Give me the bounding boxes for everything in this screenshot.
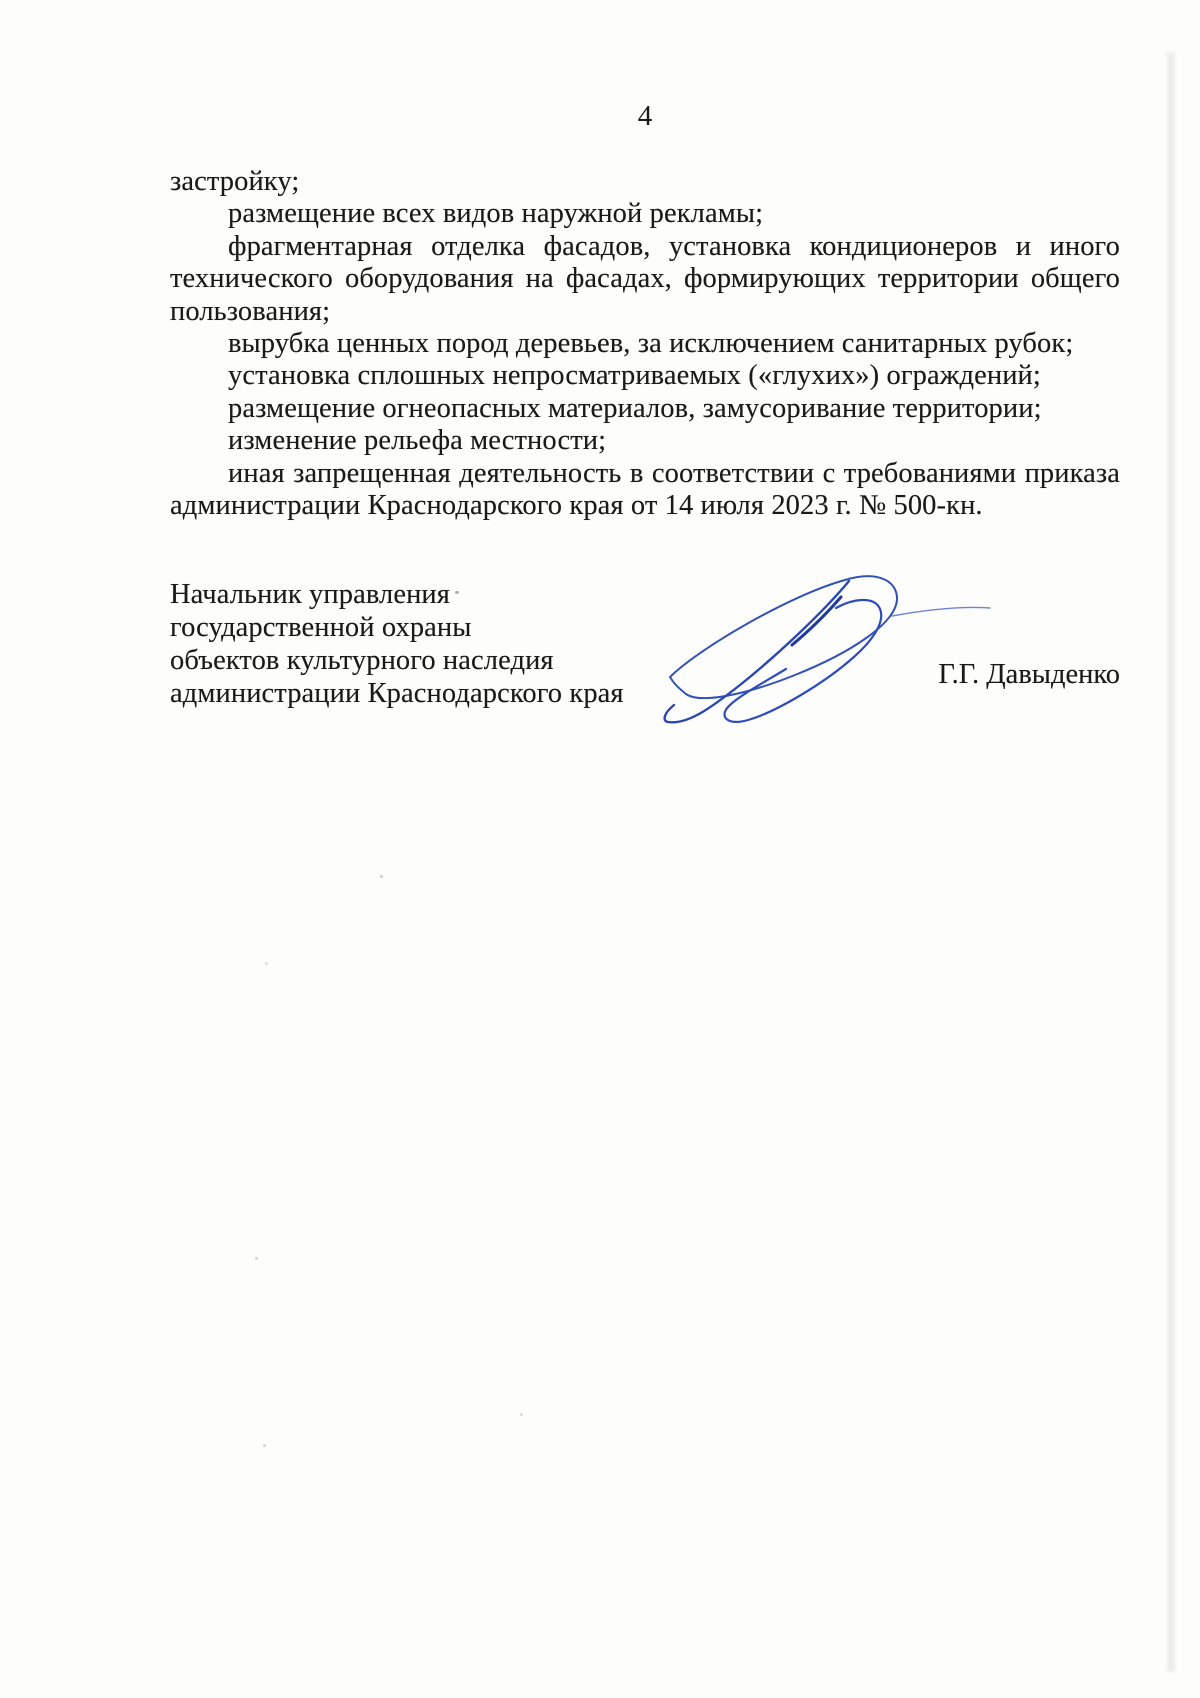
scan-speck [263,1444,266,1447]
signature-ink [640,550,1020,760]
body-line: администрации Краснодарского края от 14 … [170,490,1120,522]
scan-speck [455,591,459,594]
scan-edge-artifact [1167,52,1175,1672]
signee-name: Г.Г. Давыденко [170,659,1120,691]
signoff-title-line: Начальник управления [170,578,624,611]
body-line: пользования; [170,296,1120,328]
body-line: размещение всех видов наружной рекламы; [170,198,1120,230]
scan-speck [380,875,383,878]
page-number: 4 [170,100,1120,133]
body-text: застройку; размещение всех видов наружно… [170,166,1120,522]
body-line: установка сплошных непросматриваемых («г… [170,360,1120,392]
body-line: изменение рельефа местности; [170,425,1120,457]
scan-speck [265,962,268,965]
body-line: размещение огнеопасных материалов, замус… [170,393,1120,425]
signoff-title-line: государственной охраны [170,611,624,644]
scan-speck [520,1413,523,1416]
scan-speck [255,1257,258,1260]
body-line: вырубка ценных пород деревьев, за исключ… [170,328,1120,360]
body-line: технического оборудования на фасадах, фо… [170,263,1120,295]
body-line: иная запрещенная деятельность в соответс… [170,458,1120,490]
body-line: фрагментарная отделка фасадов, установка… [170,231,1120,263]
body-line: застройку; [170,166,1120,198]
document-page: 4 застройку; размещение всех видов наруж… [0,0,1200,1698]
